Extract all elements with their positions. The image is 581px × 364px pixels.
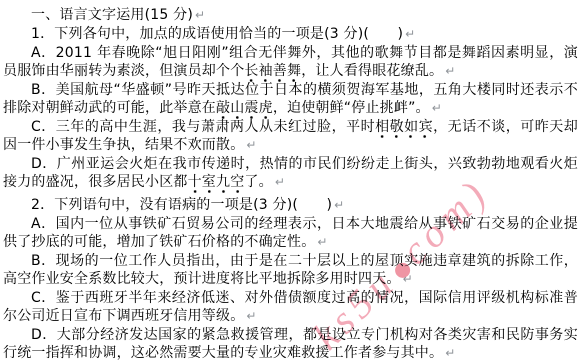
paragraph-mark-icon: ↵ <box>244 138 256 152</box>
emphasized-idiom: 长袖善舞 <box>244 63 301 82</box>
option-text: A．国内一位从事铁矿石贸易公司的经理表示，日本大地震给从事铁矿石交易的企业提供了… <box>3 216 578 250</box>
question-1-option-c: C．三年的高中生涯，我与萧肃两人从未红过脸，平时相敬如宾，无话不谈，可昨天却因一… <box>3 118 578 154</box>
emphasized-idiom: 相敬如宾 <box>375 119 433 138</box>
paragraph-mark-icon: ↵ <box>315 235 327 249</box>
question-1-option-d: D．广州亚运会火炬在我市传递时，热情的市民们纷纷走上街头，兴致勃勃地观看火炬接力… <box>3 155 578 191</box>
paragraph-mark-icon: ↵ <box>430 101 442 115</box>
question-1-option-a: A．2011 年春晚除“旭日阳刚”组合无伴舞外，其他的歌舞节目都是舞蹈因素明显，… <box>3 44 578 80</box>
paragraph-mark-icon: ↵ <box>443 64 455 78</box>
option-text: C．三年的高中生涯，我与萧肃两人从未红过脸，平时 <box>31 119 375 135</box>
question-2-option-c: C．鉴于西班牙半年来经济低迷、对外借债额度过高的情况，国际信用评级机构标准普尔公… <box>3 289 578 325</box>
section-title-text: 一、语言文字运用(15 分) <box>31 7 193 23</box>
option-text: B．现场的一位工作人员指出，由于是在二十层以上的屋顶实施违章建筑的拆除工作，高空… <box>3 253 578 287</box>
paragraph-mark-icon: ↵ <box>403 27 415 41</box>
emphasized-idiom: 敲山震虎 <box>216 100 273 119</box>
option-text: D．广州亚运会火炬在我市传递时，热情的市民们纷纷走上街头，兴致勃勃地观看火炬接力… <box>3 156 578 190</box>
option-text: ，让人看得眼花缭乱。 <box>301 63 443 79</box>
section-title: 一、语言文字运用(15 分)↵ <box>3 6 578 24</box>
question-1-stem: 1．下列各句中，加点的成语使用恰当的一项是(3 分)( )↵ <box>3 25 578 43</box>
paragraph-mark-icon: ↵ <box>443 346 455 360</box>
question-2: 2．下列语句中，没有语病的一项是(3 分)( )↵ A．国内一位从事铁矿石贸易公… <box>3 196 578 362</box>
option-text: ，迫使朝鲜“停止挑衅”。 <box>273 100 430 116</box>
question-2-stem-text: 2．下列语句中，没有语病的一项是(3 分)( ) <box>31 197 332 213</box>
paragraph-mark-icon: ↵ <box>193 8 205 22</box>
document-content: 一、语言文字运用(15 分)↵ 1．下列各句中，加点的成语使用恰当的一项是(3 … <box>0 0 581 362</box>
question-2-option-a: A．国内一位从事铁矿石贸易公司的经理表示，日本大地震给从事铁矿石交易的企业提供了… <box>3 215 578 251</box>
question-2-option-b: B．现场的一位工作人员指出，由于是在二十层以上的屋顶实施违章建筑的拆除工作，高空… <box>3 252 578 288</box>
paragraph-mark-icon: ↵ <box>273 175 285 189</box>
option-text: C．鉴于西班牙半年来经济低迷、对外借债额度过高的情况，国际信用评级机构标准普尔公… <box>3 290 578 324</box>
emphasized-idiom: 十室九空 <box>188 174 245 193</box>
paragraph-mark-icon: ↵ <box>332 198 344 212</box>
question-1-option-b: B．美国航母“华盛顿”号昨天抵达位于日本的横须贺海军基地，五角大楼同时还表示不排… <box>3 81 578 117</box>
paragraph-mark-icon: ↵ <box>244 309 256 323</box>
question-2-option-d: D．大部分经济发达国家的紧急救援管理，都是设立专门机构对各类灾害和民防事务实行统… <box>3 326 578 362</box>
option-text: D．大部分经济发达国家的紧急救援管理，都是设立专门机构对各类灾害和民防事务实行统… <box>3 327 578 361</box>
question-1-stem-text: 1．下列各句中，加点的成语使用恰当的一项是(3 分)( ) <box>31 26 403 42</box>
question-1: 1．下列各句中，加点的成语使用恰当的一项是(3 分)( )↵ A．2011 年春… <box>3 25 578 191</box>
paragraph-mark-icon: ↵ <box>401 272 413 286</box>
exam-document-page: ks5ucom) 一、语言文字运用(15 分)↵ 1．下列各句中，加点的成语使用… <box>0 0 581 364</box>
option-text: 了。 <box>244 174 272 190</box>
question-2-stem: 2．下列语句中，没有语病的一项是(3 分)( )↵ <box>3 196 578 214</box>
